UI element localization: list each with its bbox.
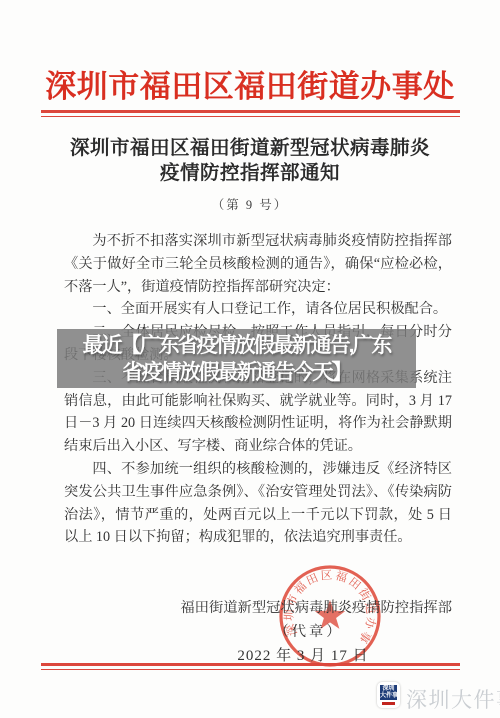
caption-overlay-banner: 最近【广东省疫情放假最新通告,广东 省疫情放假最新通告今天】 (57, 329, 416, 388)
signature-issuer: 福田街道新型冠状病毒肺炎疫情防控指挥部 (180, 597, 452, 617)
document-title-line1: 深圳市福田区福田街道新型冠状病毒肺炎 (0, 136, 500, 161)
signature-seal-note: （代章） (166, 621, 452, 641)
watermark-icon-red-bar (382, 702, 395, 705)
watermark-icon-line2: 大件事 (380, 693, 397, 700)
watermark-app-icon: 深圳 大件事 (377, 682, 400, 708)
scanned-notice-document: 深圳市福田区福田街道办事处 深圳市福田区福田街道新型冠状病毒肺炎 疫情防控指挥部… (0, 0, 500, 718)
document-title: 深圳市福田区福田街道新型冠状病毒肺炎 疫情防控指挥部通知 （第 9 号） (0, 136, 500, 218)
letterhead-divider-rule (41, 110, 460, 117)
watermark-app-icon-text: 深圳 大件事 (380, 685, 397, 700)
footer-divider-rule (41, 663, 460, 670)
watermark-label: 深圳大件事 (406, 684, 500, 714)
notice-paragraph: 一、全面开展实有人口登记工作，请各位居民积极配合。 (64, 298, 452, 321)
notice-paragraph: 为不折不扣落实深圳市新型冠状病毒肺炎疫情防控指挥部《关于做好全市三轮全员核酸检测… (64, 230, 452, 298)
document-title-line2: 疫情防控指挥部通知 (0, 161, 500, 186)
caption-line2: 省疫情放假最新通告今天】 (123, 359, 351, 386)
document-number: （第 9 号） (0, 193, 500, 218)
watermark-icon-line1: 深圳 (380, 686, 397, 693)
signature-date: 2022 年 3 月 17 日 (160, 644, 446, 665)
caption-line1: 最近【广东省疫情放假最新通告,广东 (83, 332, 391, 359)
letterhead-agency-title: 深圳市福田区福田街道办事处 (0, 61, 500, 106)
notice-paragraph: 四、不参加统一组织的核酸检测的，涉嫌违反《经济特区突发公共卫生事件应急条例》、《… (64, 458, 452, 549)
notice-body: 为不折不扣落实深圳市新型冠状病毒肺炎疫情防控指挥部《关于做好全市三轮全员核酸检测… (64, 230, 452, 549)
